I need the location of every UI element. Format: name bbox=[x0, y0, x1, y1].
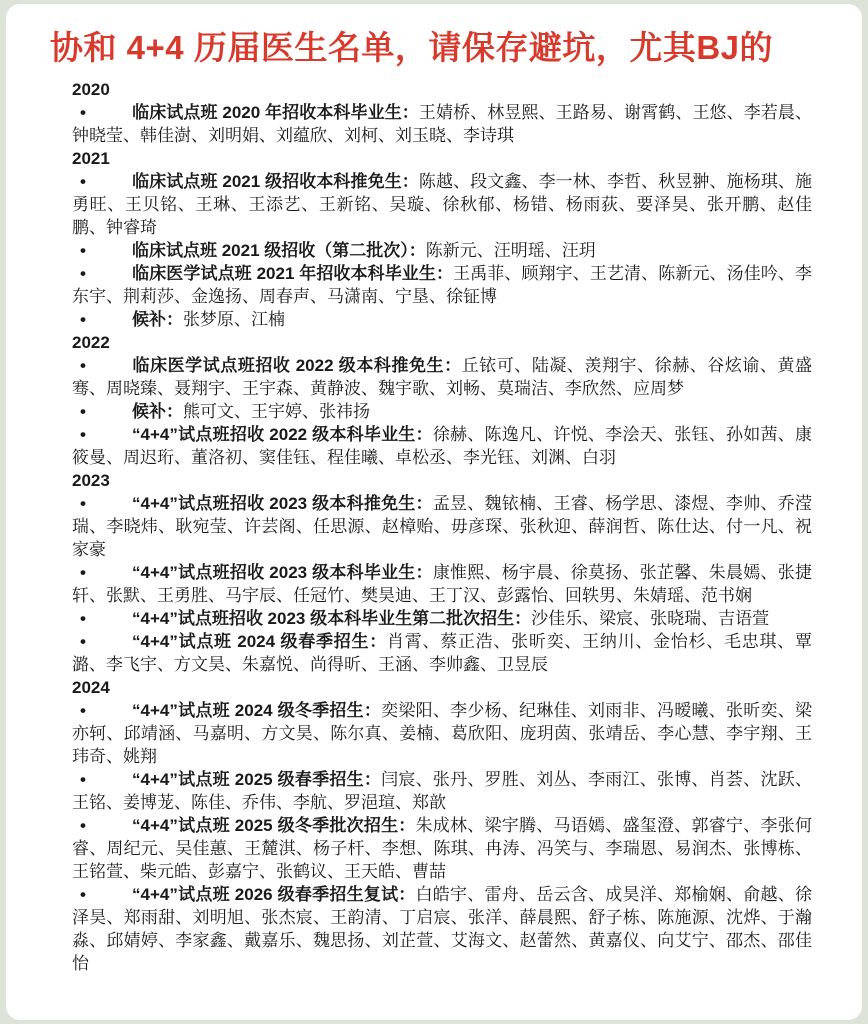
entry-row: •临床试点班 2020 年招收本科毕业生：王婧桥、林昱熙、王路易、谢霄鹤、王悠、… bbox=[72, 101, 812, 147]
entry-names: 熊可文、王宇婷、张祎扬 bbox=[183, 402, 370, 421]
entry-label: “4+4”试点班招收 2023 级本科毕业生： bbox=[132, 563, 433, 582]
bullet-icon: • bbox=[72, 561, 92, 584]
year-heading: 2021 bbox=[72, 147, 812, 170]
document-body: 2020•临床试点班 2020 年招收本科毕业生：王婧桥、林昱熙、王路易、谢霄鹤… bbox=[72, 78, 812, 975]
bullet-icon: • bbox=[72, 423, 92, 446]
entry-label: 临床试点班 2021 级招收本科推免生： bbox=[132, 172, 419, 191]
entry-row: •“4+4”试点班 2025 级春季招生：闫宸、张丹、罗胜、刘丛、李雨江、张博、… bbox=[72, 768, 812, 814]
bullet-icon: • bbox=[72, 308, 92, 331]
entry-label: “4+4”试点班 2025 级春季招生： bbox=[132, 770, 381, 789]
entry-row: •临床医学试点班招收 2022 级本科推免生：丘铱可、陆凝、羡翔宇、徐赫、谷炫谕… bbox=[72, 354, 812, 400]
bullet-icon: • bbox=[72, 239, 92, 262]
year-heading: 2022 bbox=[72, 331, 812, 354]
entry-label: 临床试点班 2021 级招收（第二批次）： bbox=[132, 241, 426, 260]
entry-row: •“4+4”试点班招收 2023 级本科毕业生第二批次招生：沙佳乐、梁宸、张晓瑞… bbox=[72, 607, 812, 630]
bullet-icon: • bbox=[72, 170, 92, 193]
entry-label: “4+4”试点班 2024 级冬季招生： bbox=[132, 701, 381, 720]
entry-row: •临床医学试点班 2021 年招收本科毕业生：王禹菲、顾翔宇、王艺清、陈新元、汤… bbox=[72, 262, 812, 308]
bullet-icon: • bbox=[72, 814, 92, 837]
entry-names: 张梦原、江楠 bbox=[183, 310, 285, 329]
entry-label: “4+4”试点班招收 2023 级本科推免生： bbox=[132, 494, 433, 513]
entry-row: •“4+4”试点班 2026 级春季招生复试：白皓宇、雷舟、岳云含、成昊洋、郑榆… bbox=[72, 883, 812, 975]
bullet-icon: • bbox=[72, 354, 92, 377]
entry-row: •候补：张梦原、江楠 bbox=[72, 308, 812, 331]
entry-names: 陈新元、汪明瑶、汪玥 bbox=[426, 241, 596, 260]
entry-label: 候补： bbox=[132, 402, 183, 421]
year-heading: 2023 bbox=[72, 469, 812, 492]
entry-label: “4+4”试点班招收 2023 级本科毕业生第二批次招生： bbox=[132, 609, 531, 628]
page-title: 协和 4+4 历届医生名单，请保存避坑，尤其BJ的 bbox=[50, 28, 842, 68]
bullet-icon: • bbox=[72, 699, 92, 722]
bullet-icon: • bbox=[72, 768, 92, 791]
bullet-icon: • bbox=[72, 262, 92, 285]
entry-label: 候补： bbox=[132, 310, 183, 329]
entry-row: •“4+4”试点班招收 2023 级本科毕业生：康惟熙、杨宇晨、徐莫扬、张芷馨、… bbox=[72, 561, 812, 607]
year-heading: 2020 bbox=[72, 78, 812, 101]
entry-row: •“4+4”试点班 2025 级冬季批次招生：朱成林、梁宇腾、马语嫣、盛玺澄、郭… bbox=[72, 814, 812, 883]
bullet-icon: • bbox=[72, 883, 92, 906]
entry-row: •候补：熊可文、王宇婷、张祎扬 bbox=[72, 400, 812, 423]
document-card: 协和 4+4 历届医生名单，请保存避坑，尤其BJ的 2020•临床试点班 202… bbox=[6, 4, 862, 1020]
year-heading: 2024 bbox=[72, 676, 812, 699]
entry-row: •临床试点班 2021 级招收（第二批次）：陈新元、汪明瑶、汪玥 bbox=[72, 239, 812, 262]
entry-label: 临床医学试点班招收 2022 级本科推免生： bbox=[132, 356, 462, 375]
entry-label: “4+4”试点班招收 2022 级本科毕业生： bbox=[132, 425, 433, 444]
entry-row: •“4+4”试点班招收 2023 级本科推免生：孟昱、魏铱楠、王睿、杨学思、漆煜… bbox=[72, 492, 812, 561]
entry-label: “4+4”试点班 2024 级春季招生： bbox=[132, 632, 387, 651]
bullet-icon: • bbox=[72, 400, 92, 423]
entry-label: “4+4”试点班 2026 级春季招生复试： bbox=[132, 885, 416, 904]
bullet-icon: • bbox=[72, 607, 92, 630]
entry-label: “4+4”试点班 2025 级冬季批次招生： bbox=[132, 816, 416, 835]
entry-row: •“4+4”试点班 2024 级冬季招生：奕梁阳、李少杨、纪琳佳、刘雨非、冯暧曦… bbox=[72, 699, 812, 768]
entry-names: 沙佳乐、梁宸、张晓瑞、吉语萱 bbox=[531, 609, 769, 628]
bullet-icon: • bbox=[72, 492, 92, 515]
bullet-icon: • bbox=[72, 630, 92, 653]
entry-label: 临床试点班 2020 年招收本科毕业生： bbox=[132, 103, 419, 122]
entry-row: •“4+4”试点班 2024 级春季招生：肖霄、蔡正浩、张昕奕、王纳川、金怡杉、… bbox=[72, 630, 812, 676]
entry-row: •“4+4”试点班招收 2022 级本科毕业生：徐赫、陈逸凡、许悦、李浍天、张钰… bbox=[72, 423, 812, 469]
entry-row: •临床试点班 2021 级招收本科推免生：陈越、段文鑫、李一林、李哲、秋昱翀、施… bbox=[72, 170, 812, 239]
entry-label: 临床医学试点班 2021 年招收本科毕业生： bbox=[132, 264, 453, 283]
bullet-icon: • bbox=[72, 101, 92, 124]
